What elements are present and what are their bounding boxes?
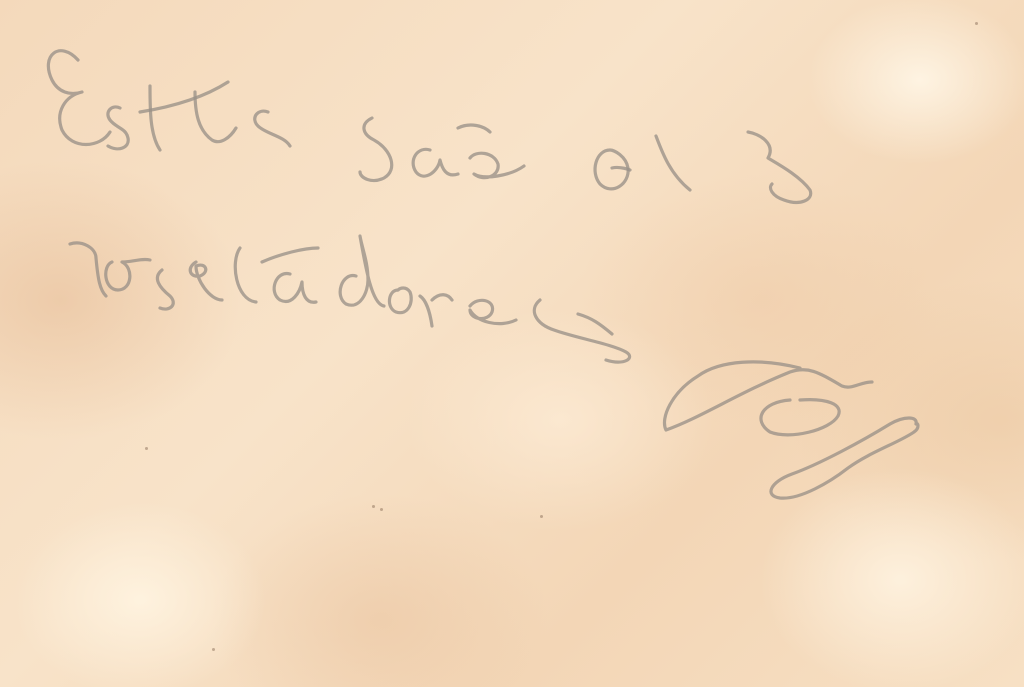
paper-speck xyxy=(212,648,215,651)
word-os xyxy=(595,136,690,190)
handwriting xyxy=(0,0,1024,687)
paper-speck xyxy=(540,515,543,518)
word-estes xyxy=(48,51,290,150)
paper-speck xyxy=(372,505,375,508)
paper-speck xyxy=(380,508,383,511)
aged-paper: Estes são os 3 rosseladores signature (i… xyxy=(0,0,1024,687)
signature xyxy=(664,362,918,498)
paper-speck xyxy=(975,22,978,25)
digit-3 xyxy=(748,132,811,202)
word-rosseladores xyxy=(70,236,630,362)
word-sao xyxy=(360,118,524,180)
paper-speck xyxy=(145,447,148,450)
